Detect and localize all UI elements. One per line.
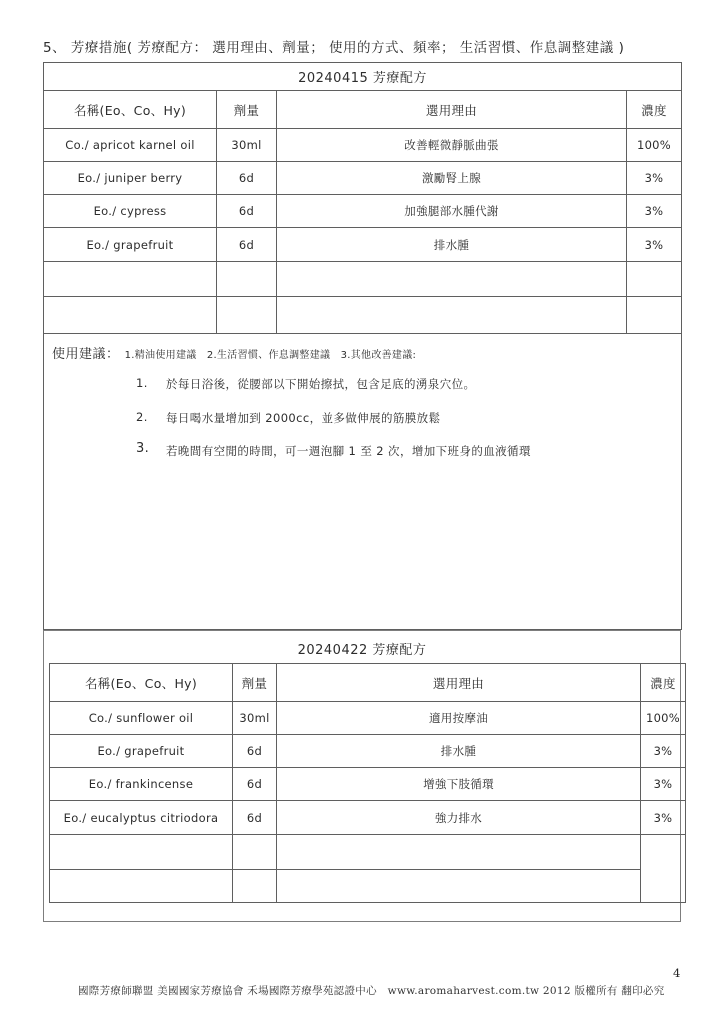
- cell-reason: 排水腫: [276, 228, 626, 261]
- document-title: 5、 芳療措施( 芳療配方： 選用理由、劑量； 使用的方式、頻率； 生活習慣、作…: [43, 36, 624, 56]
- col-header-reason: 選用理由: [276, 664, 640, 701]
- cell-concentration: 3%: [626, 195, 681, 227]
- cell-reason: 增強下肢循環: [276, 768, 640, 800]
- col-header-dose: 劑量: [216, 91, 276, 128]
- cell-concentration: 3%: [640, 801, 685, 834]
- formula-table-20240422: 名稱(Eo、Co、Hy) 劑量 選用理由 濃度 Co./ sunflower o…: [49, 663, 686, 903]
- cell-name: Co./ sunflower oil: [50, 702, 232, 734]
- table-row: Eo./ cypress 6d 加強腿部水腫代謝 3%: [44, 194, 681, 227]
- table-header-row: 名稱(Eo、Co、Hy) 劑量 選用理由 濃度: [50, 664, 685, 701]
- cell-dose: 6d: [232, 801, 276, 834]
- table-row-empty: [50, 835, 640, 869]
- cell-reason: [276, 297, 626, 333]
- item-text: 每日喝水量增加到 2000cc，並多做伸展的筋膜放鬆: [166, 410, 440, 426]
- cell-dose: 6d: [216, 195, 276, 227]
- cell-reason: 改善輕微靜脈曲張: [276, 129, 626, 161]
- table-row: Eo./ juniper berry 6d 激勵腎上腺 3%: [44, 161, 681, 194]
- table-header-row: 名稱(Eo、Co、Hy) 劑量 選用理由 濃度: [44, 90, 681, 128]
- cell-reason: [276, 262, 626, 296]
- cell-dose: [216, 262, 276, 296]
- cell-dose: 6d: [232, 768, 276, 800]
- cell-reason: 強力排水: [276, 801, 640, 834]
- cell-reason: [276, 870, 640, 903]
- table-row-empty: [44, 296, 681, 333]
- table-row-empty: [44, 261, 681, 296]
- cell-name: [50, 835, 232, 869]
- col-header-name: 名稱(Eo、Co、Hy): [44, 91, 216, 128]
- cell-name: [50, 870, 232, 903]
- table-row: Eo./ eucalyptus citriodora 6d 強力排水 3%: [50, 800, 685, 834]
- cell-concentration: [626, 262, 681, 296]
- table-row: Co./ sunflower oil 30ml 適用按摩油 100%: [50, 701, 685, 734]
- col-header-name: 名稱(Eo、Co、Hy): [50, 664, 232, 701]
- usage-advice-item: 3. 若晚間有空閒的時間，可一週泡腳 1 至 2 次，增加下班身的血液循環: [136, 443, 531, 459]
- table-title: 20240422 芳療配方: [44, 631, 680, 662]
- item-text: 於每日浴後，從腰部以下開始擦拭，包含足底的湧泉穴位。: [166, 376, 475, 392]
- empty-rows-left: [50, 835, 640, 902]
- cell-dose: 30ml: [232, 702, 276, 734]
- document-page: 5、 芳療措施( 芳療配方： 選用理由、劑量； 使用的方式、頻率； 生活習慣、作…: [0, 0, 724, 1024]
- page-number: 4: [673, 966, 680, 980]
- cell-reason: 加強腿部水腫代謝: [276, 195, 626, 227]
- cell-dose: [232, 835, 276, 869]
- usage-advice-section: 使用建議： 1.精油使用建議 2.生活習慣、作息調整建議 3.其他改善建議: 1…: [43, 333, 682, 630]
- item-number: 1.: [136, 376, 166, 392]
- col-header-concentration: 濃度: [626, 91, 681, 128]
- table-title: 20240415 芳療配方: [44, 63, 681, 90]
- item-text: 若晚間有空閒的時間，可一週泡腳 1 至 2 次，增加下班身的血液循環: [166, 443, 531, 459]
- usage-advice-sublabel: 1.精油使用建議 2.生活習慣、作息調整建議 3.其他改善建議:: [125, 350, 417, 361]
- cell-dose: [216, 297, 276, 333]
- cell-name: Eo./ grapefruit: [44, 228, 216, 261]
- cell-concentration-merged: [640, 835, 685, 902]
- cell-name: Eo./ grapefruit: [50, 735, 232, 767]
- cell-name: Eo./ frankincense: [50, 768, 232, 800]
- usage-advice-label: 使用建議：: [52, 347, 120, 362]
- item-number: 3.: [136, 441, 166, 459]
- table-row: Eo./ grapefruit 6d 排水腫 3%: [44, 227, 681, 261]
- cell-dose: [232, 870, 276, 903]
- cell-name: Eo./ eucalyptus citriodora: [50, 801, 232, 834]
- formula-table-20240415: 20240415 芳療配方 名稱(Eo、Co、Hy) 劑量 選用理由 濃度 Co…: [43, 62, 682, 334]
- usage-advice-item: 1. 於每日浴後，從腰部以下開始擦拭，包含足底的湧泉穴位。: [136, 376, 475, 392]
- formula-section-20240422: 20240422 芳療配方 名稱(Eo、Co、Hy) 劑量 選用理由 濃度 Co…: [43, 630, 681, 922]
- table-row-empty: [50, 869, 640, 903]
- cell-concentration: [626, 297, 681, 333]
- footer-text: 國際芳療師聯盟 美國國家芳療協會 禾場國際芳療學苑認證中心 www.aromah…: [78, 983, 665, 998]
- col-header-reason: 選用理由: [276, 91, 626, 128]
- cell-name: Eo./ cypress: [44, 195, 216, 227]
- table-empty-rows: [50, 834, 685, 902]
- cell-concentration: 3%: [626, 162, 681, 194]
- cell-concentration: 100%: [626, 129, 681, 161]
- col-header-concentration: 濃度: [640, 664, 685, 701]
- cell-concentration: 3%: [626, 228, 681, 261]
- usage-advice-header: 使用建議： 1.精油使用建議 2.生活習慣、作息調整建議 3.其他改善建議:: [52, 343, 416, 362]
- table-row: Eo./ frankincense 6d 增強下肢循環 3%: [50, 767, 685, 800]
- cell-reason: [276, 835, 640, 869]
- cell-name: Eo./ juniper berry: [44, 162, 216, 194]
- cell-concentration: 100%: [640, 702, 685, 734]
- table-row: Co./ apricot karnel oil 30ml 改善輕微靜脈曲張 10…: [44, 128, 681, 161]
- cell-dose: 6d: [216, 162, 276, 194]
- cell-concentration: 3%: [640, 768, 685, 800]
- usage-advice-item: 2. 每日喝水量增加到 2000cc，並多做伸展的筋膜放鬆: [136, 410, 440, 426]
- cell-reason: 適用按摩油: [276, 702, 640, 734]
- table-row: Eo./ grapefruit 6d 排水腫 3%: [50, 734, 685, 767]
- item-number: 2.: [136, 410, 166, 426]
- cell-name: [44, 262, 216, 296]
- cell-dose: 6d: [216, 228, 276, 261]
- cell-name: Co./ apricot karnel oil: [44, 129, 216, 161]
- cell-concentration: 3%: [640, 735, 685, 767]
- cell-reason: 激勵腎上腺: [276, 162, 626, 194]
- cell-dose: 30ml: [216, 129, 276, 161]
- col-header-dose: 劑量: [232, 664, 276, 701]
- cell-dose: 6d: [232, 735, 276, 767]
- cell-reason: 排水腫: [276, 735, 640, 767]
- cell-name: [44, 297, 216, 333]
